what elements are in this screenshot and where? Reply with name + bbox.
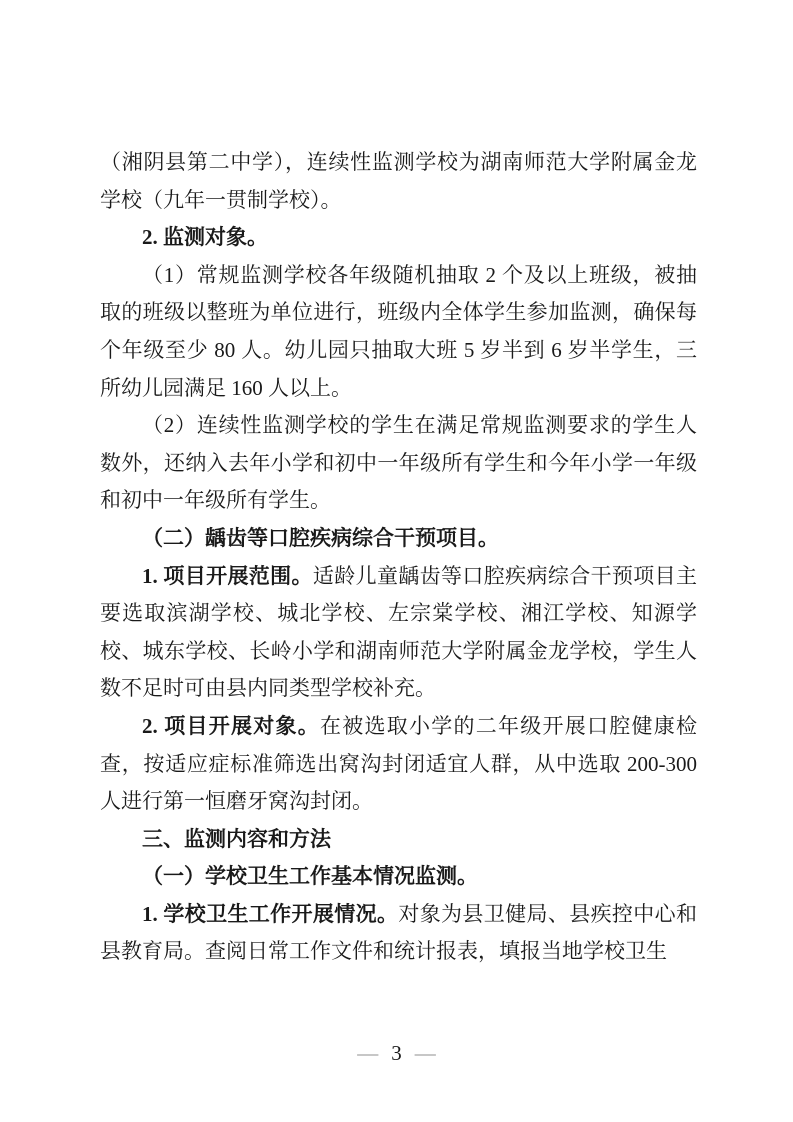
heading-text: （二）龋齿等口腔疾病综合干预项目。: [142, 526, 499, 550]
paragraph-school-health-work: 1. 学校卫生工作开展情况。对象为县卫健局、县疾控中心和县教育局。查阅日常工作文…: [100, 896, 697, 971]
paragraph-project-targets: 2. 项目开展对象。在被选取小学的二年级开展口腔健康检查，按适应症标准筛选出窝沟…: [100, 708, 697, 821]
paragraph-text: （湘阴县第二中学），连续性监测学校为湖南师范大学附属金龙学校（九年一贯制学校）。: [100, 150, 697, 212]
footer-right-dash: —: [415, 1041, 436, 1065]
heading-text: （一）学校卫生工作基本情况监测。: [142, 864, 478, 888]
paragraph-routine-monitoring: （1）常规监测学校各年级随机抽取 2 个及以上班级，被抽取的班级以整班为单位进行…: [100, 257, 697, 407]
heading-caries-project: （二）龋齿等口腔疾病综合干预项目。: [100, 520, 697, 558]
footer-left-dash: —: [357, 1041, 378, 1065]
paragraph-lead-text: 1. 项目开展范围。: [142, 564, 313, 588]
heading-text: 三、监测内容和方法: [142, 828, 331, 851]
page-footer: —3—: [0, 1038, 793, 1068]
heading-text: 2. 监测对象。: [142, 225, 268, 249]
paragraph-continuous-monitoring: （2）连续性监测学校的学生在满足常规监测要求的学生人数外，还纳入去年小学和初中一…: [100, 407, 697, 520]
paragraph-project-scope: 1. 项目开展范围。适龄儿童龋齿等口腔疾病综合干预项目主要选取滨湖学校、城北学校…: [100, 558, 697, 708]
heading-monitoring-targets: 2. 监测对象。: [100, 219, 697, 257]
page-number: 3: [391, 1038, 402, 1068]
paragraph-text: （1）常规监测学校各年级随机抽取 2 个及以上班级，被抽取的班级以整班为单位进行…: [100, 263, 697, 400]
paragraph-lead-text: 2. 项目开展对象。: [142, 714, 320, 738]
section-heading-content-methods: 三、监测内容和方法: [100, 821, 697, 859]
document-page: （湘阴县第二中学），连续性监测学校为湖南师范大学附属金龙学校（九年一贯制学校）。…: [0, 0, 793, 1122]
heading-school-health-basic: （一）学校卫生工作基本情况监测。: [100, 858, 697, 896]
document-body: （湘阴县第二中学），连续性监测学校为湖南师范大学附属金龙学校（九年一贯制学校）。…: [100, 144, 697, 971]
paragraph-text: （2）连续性监测学校的学生在满足常规监测要求的学生人数外，还纳入去年小学和初中一…: [100, 413, 697, 512]
paragraph-continuation: （湘阴县第二中学），连续性监测学校为湖南师范大学附属金龙学校（九年一贯制学校）。: [100, 144, 697, 219]
paragraph-lead-text: 1. 学校卫生工作开展情况。: [142, 902, 398, 926]
